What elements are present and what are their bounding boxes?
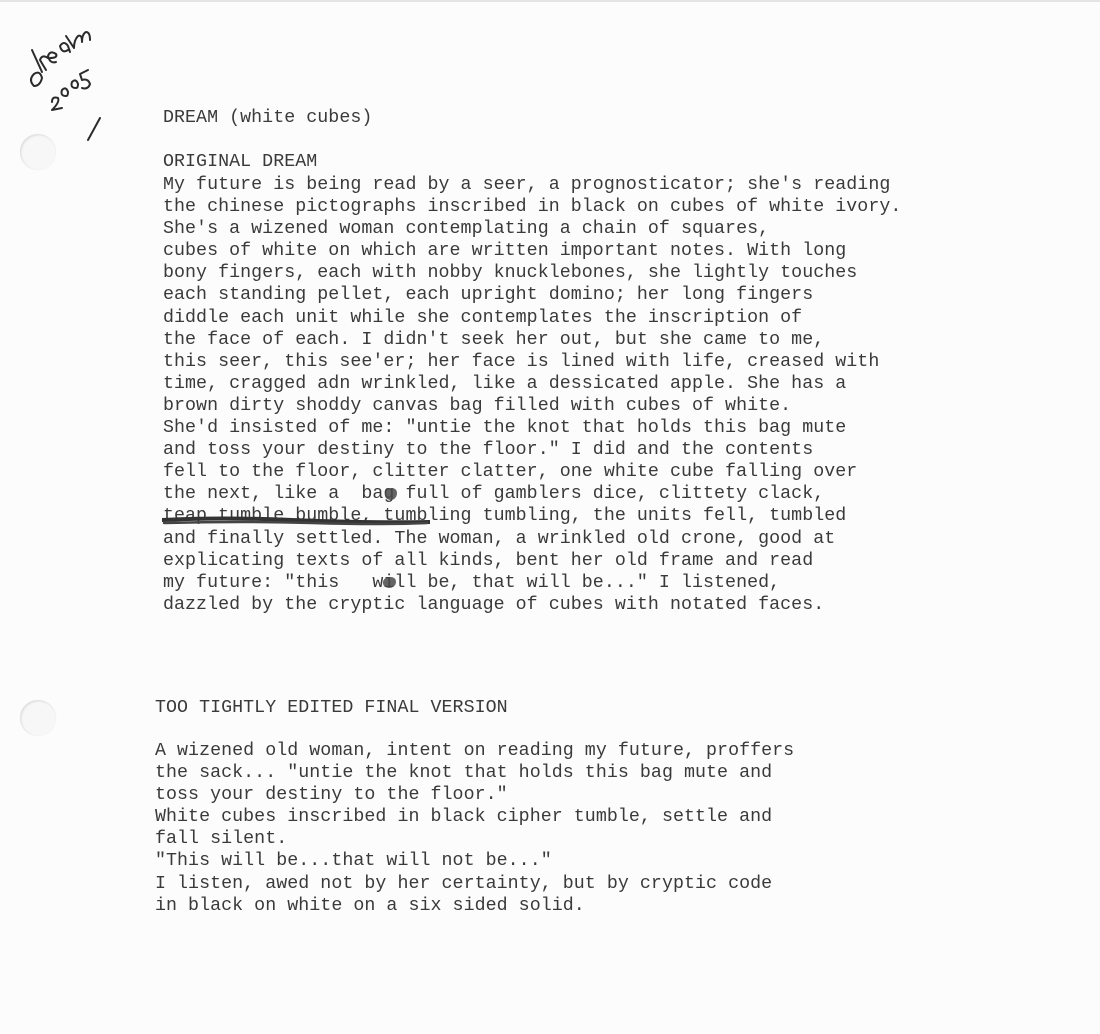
text-line: and toss your destiny to the floor." I d… [163, 439, 901, 461]
text-line: each standing pellet, each upright domin… [163, 284, 901, 306]
text-line: White cubes inscribed in black cipher tu… [155, 806, 794, 828]
text-line: fall silent. [155, 828, 794, 850]
text-line: diddle each unit while she contemplates … [163, 307, 901, 329]
final-version-text: A wizened old woman, intent on reading m… [155, 740, 794, 917]
text-line: time, cragged adn wrinkled, like a dessi… [163, 373, 901, 395]
text-line: My future is being read by a seer, a pro… [163, 174, 901, 196]
text-line: the next, like a bag full of gamblers di… [163, 483, 901, 505]
text-line: this seer, this see'er; her face is line… [163, 351, 901, 373]
text-line: dazzled by the cryptic language of cubes… [163, 594, 901, 616]
text-line: "This will be...that will not be..." [155, 850, 794, 872]
text-line: fell to the floor, clitter clatter, one … [163, 461, 901, 483]
handwritten-annotation [22, 14, 132, 144]
text-line: toss your destiny to the floor." [155, 784, 794, 806]
final-version-heading: TOO TIGHTLY EDITED FINAL VERSION [155, 697, 508, 719]
text-line: brown dirty shoddy canvas bag filled wit… [163, 395, 901, 417]
text-line: cubes of white on which are written impo… [163, 240, 901, 262]
text-line: the chinese pictographs inscribed in bla… [163, 196, 901, 218]
original-dream-heading: ORIGINAL DREAM [163, 151, 317, 173]
text-line: my future: "this will be, that will be..… [163, 572, 901, 594]
punch-hole [20, 700, 56, 736]
original-dream-text: My future is being read by a seer, a pro… [163, 174, 901, 616]
strikethrough-mark [162, 514, 430, 528]
text-line: I listen, awed not by her certainty, but… [155, 873, 794, 895]
text-line: She's a wizened woman contemplating a ch… [163, 218, 901, 240]
punch-hole [20, 134, 56, 170]
document-title: DREAM (white cubes) [163, 107, 372, 129]
text-line: and finally settled. The woman, a wrinkl… [163, 528, 901, 550]
text-line: A wizened old woman, intent on reading m… [155, 740, 794, 762]
text-line: She'd insisted of me: "untie the knot th… [163, 417, 901, 439]
text-line: the face of each. I didn't seek her out,… [163, 329, 901, 351]
document-page: DREAM (white cubes) ORIGINAL DREAM My fu… [0, 0, 1100, 1034]
text-line: the sack... "untie the knot that holds t… [155, 762, 794, 784]
text-line: in black on white on a six sided solid. [155, 895, 794, 917]
text-line: bony fingers, each with nobby knucklebon… [163, 262, 901, 284]
text-line: explicating texts of all kinds, bent her… [163, 550, 901, 572]
